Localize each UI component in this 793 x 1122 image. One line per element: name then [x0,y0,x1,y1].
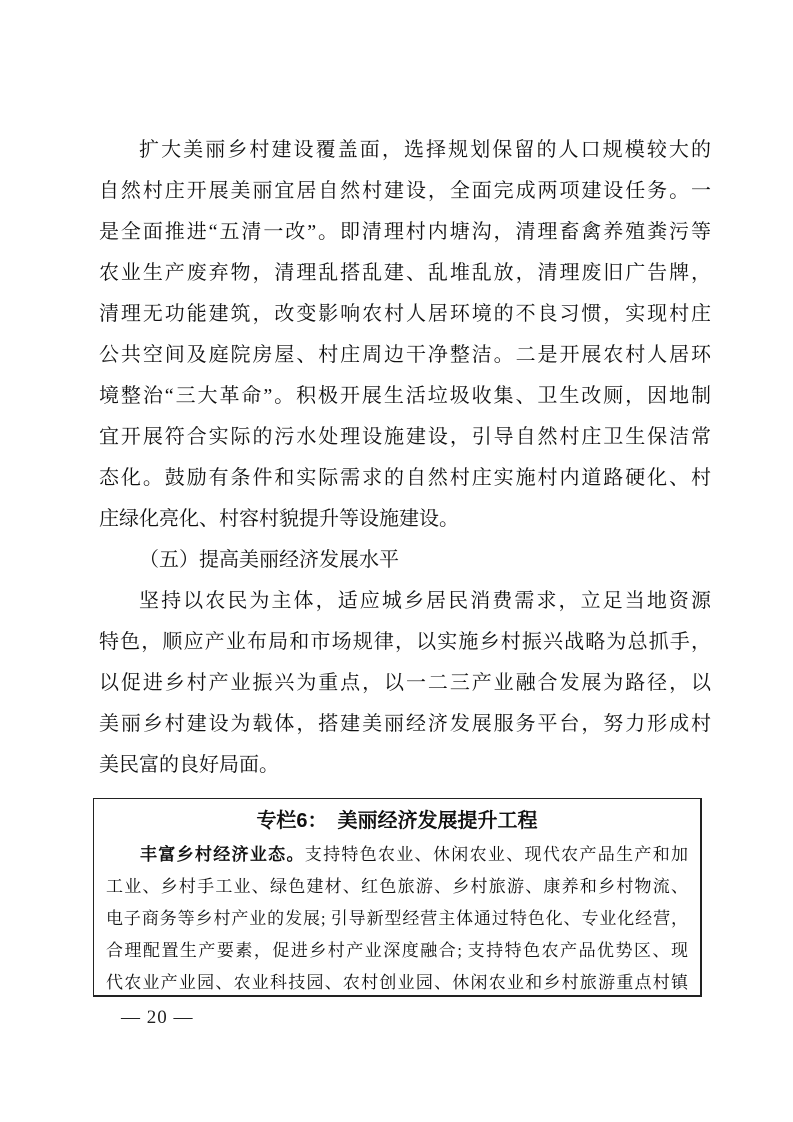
paragraph-line: 公共空间及庭院房屋、村庄周边干净整洁。二是开展农村人居环 [99,335,711,376]
paragraph-line: 美民富的良好局面。 [99,745,711,786]
panel-title: 专栏6： 美丽经济发展提升工程 [106,804,688,839]
section-heading: （五）提高美丽经济发展水平 [99,540,711,581]
paragraph-line: 美丽乡村建设为载体，搭建美丽经济发展服务平台，努力形成村 [99,704,711,745]
panel-lead-bold: 丰富乡村经济业态。 [140,845,305,864]
paragraph-line: 农业生产废弃物，清理乱搭乱建、乱堆乱放，清理废旧广告牌， [99,253,711,294]
panel-lead-rest: 支持特色农业、休闲农业、现代农产品生产和加 [305,845,688,864]
panel-text-line: 电子商务等乡村产业的发展; 引导新型经营主体通过特色化、专业化经营， [106,903,688,935]
panel-text-line: 工业、乡村手工业、绿色建材、红色旅游、乡村旅游、康养和乡村物流、 [106,871,688,903]
paragraph-line: 坚持以农民为主体，适应城乡居民消费需求，立足当地资源 [99,581,711,622]
paragraph-line: 宜开展符合实际的污水处理设施建设，引导自然村庄卫生保洁常 [99,417,711,458]
paragraph-1: 扩大美丽乡村建设覆盖面，选择规划保留的人口规模较大的 自然村庄开展美丽宜居自然村… [99,130,711,540]
panel-text-line: 代农业产业园、农业科技园、农村创业园、休闲农业和乡村旅游重点村镇 [106,967,688,999]
paragraph-line: 特色，顺应产业布局和市场规律，以实施乡村振兴战略为总抓手， [99,622,711,663]
paragraph-line: 自然村庄开展美丽宜居自然村建设，全面完成两项建设任务。一 [99,171,711,212]
panel-text-line: 合理配置生产要素，促进乡村产业深度融合; 支持特色农产品优势区、现 [106,935,688,967]
paragraph-line: 清理无功能建筑，改变影响农村人居环境的不良习惯，实现村庄 [99,294,711,335]
highlight-panel: 专栏6： 美丽经济发展提升工程 丰富乡村经济业态。支持特色农业、休闲农业、现代农… [93,798,702,997]
document-page: 扩大美丽乡村建设覆盖面，选择规划保留的人口规模较大的 自然村庄开展美丽宜居自然村… [0,0,793,1122]
page-number: — 20 — [121,1007,194,1029]
paragraph-2: 坚持以农民为主体，适应城乡居民消费需求，立足当地资源 特色，顺应产业布局和市场规… [99,581,711,786]
paragraph-line: 庄绿化亮化、村容村貌提升等设施建设。 [99,499,711,540]
paragraph-line: 是全面推进“五清一改”。即清理村内塘沟，清理畜禽养殖粪污等 [99,212,711,253]
paragraph-line: 境整治“三大革命”。积极开展生活垃圾收集、卫生改厕，因地制 [99,376,711,417]
paragraph-line: 以促进乡村产业振兴为重点，以一二三产业融合发展为路径，以 [99,663,711,704]
panel-text-line: 丰富乡村经济业态。支持特色农业、休闲农业、现代农产品生产和加 [106,839,688,871]
paragraph-line: 扩大美丽乡村建设覆盖面，选择规划保留的人口规模较大的 [99,130,711,171]
text-column: 扩大美丽乡村建设覆盖面，选择规划保留的人口规模较大的 自然村庄开展美丽宜居自然村… [99,130,711,786]
paragraph-line: 态化。鼓励有条件和实际需求的自然村庄实施村内道路硬化、村 [99,458,711,499]
